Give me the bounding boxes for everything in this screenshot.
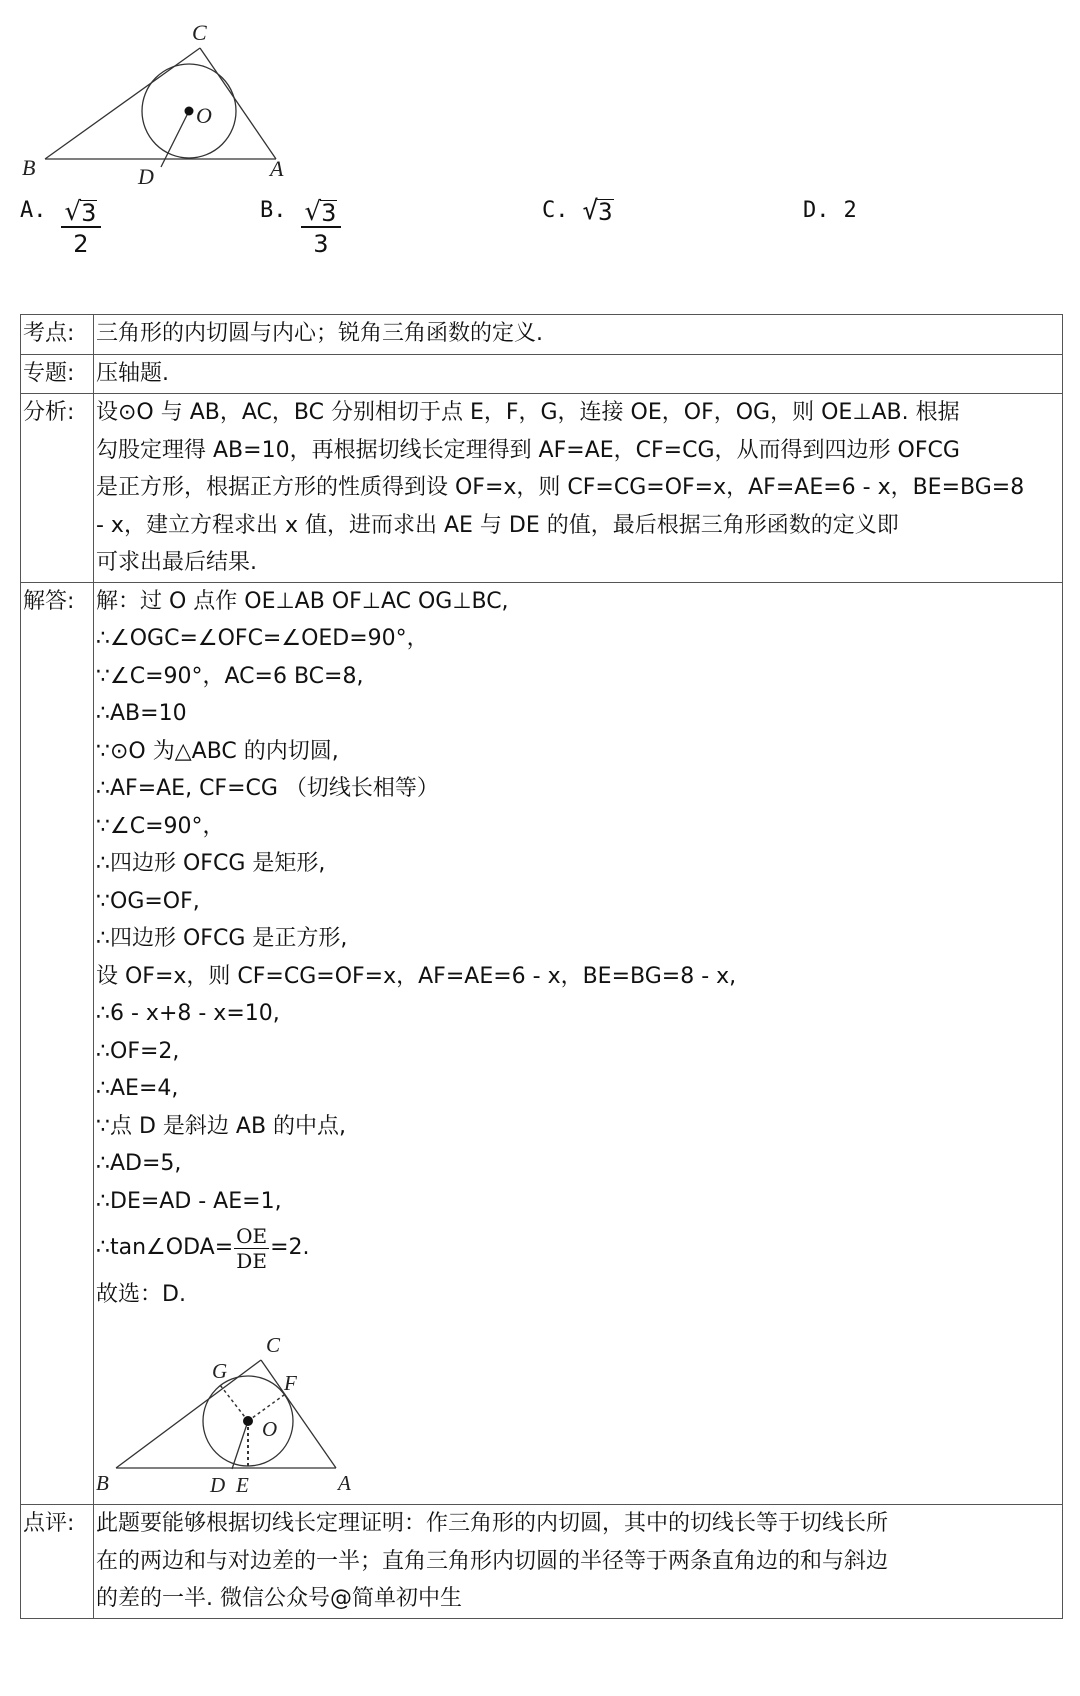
label-fenxi: 分析: (21, 394, 94, 583)
row-zhuanti: 专题: 压轴题. (21, 355, 1063, 394)
jieda-line: ∵∠C=90°， (96, 808, 1060, 846)
segment-og (220, 1385, 248, 1421)
triangle-incircle-figure: C O B D A (14, 10, 304, 185)
jieda-line: ∵⊙O 为△ABC 的内切圆, (96, 733, 1060, 771)
label-a: A (336, 1471, 351, 1492)
tan-numerator: OE (234, 1224, 269, 1249)
option-b[interactable]: B. √3 3 (260, 198, 341, 258)
label-zhuanti: 专题: (21, 355, 94, 394)
label-b: B (96, 1471, 109, 1492)
jieda-line: ∴四边形 OFCG 是正方形, (96, 920, 1060, 958)
option-c[interactable]: C. √3 (542, 198, 614, 224)
conclusion: 故选：D. (96, 1276, 1060, 1314)
row-fenxi: 分析: 设⊙O 与 AB，AC，BC 分别相切于点 E，F，G，连接 OE，OF… (21, 394, 1063, 583)
segment-od (232, 1421, 248, 1469)
jieda-line: ∵点 D 是斜边 AB 的中点, (96, 1108, 1060, 1146)
row-dianping: 点评: 此题要能够根据切线长定理证明：作三角形的内切圆，其中的切线长等于切线长所… (21, 1505, 1063, 1619)
option-d-label: D. (803, 198, 830, 224)
row-kaodian: 考点: 三角形的内切圆与内心；锐角三角函数的定义. (21, 315, 1063, 355)
tan-fraction: OE DE (234, 1224, 269, 1273)
label-o: O (196, 103, 212, 128)
jieda-line: ∴DE=AD - AE=1, (96, 1183, 1060, 1221)
content-fenxi: 设⊙O 与 AB，AC，BC 分别相切于点 E，F，G，连接 OE，OF，OG，… (94, 394, 1063, 583)
content-zhuanti: 压轴题. (94, 355, 1063, 394)
fenxi-line: - x，建立方程求出 x 值，进而求出 AE 与 DE 的值，最后根据三角形函数… (96, 507, 1060, 545)
fenxi-line: 设⊙O 与 AB，AC，BC 分别相切于点 E，F，G，连接 OE，OF，OG，… (96, 394, 1060, 432)
side-ca (261, 1360, 336, 1468)
jieda-line: 解：过 O 点作 OE⊥AB OF⊥AC OG⊥BC, (96, 583, 1060, 621)
fenxi-line: 可求出最后结果. (96, 544, 1060, 582)
jieda-line: ∵∠C=90°，AC=6 BC=8, (96, 658, 1060, 696)
content-jieda: 解：过 O 点作 OE⊥AB OF⊥AC OG⊥BC, ∴∠OGC=∠OFC=∠… (94, 582, 1063, 1505)
jieda-line: 设 OF=x，则 CF=CG=OF=x，AF=AE=6 - x，BE=BG=8 … (96, 958, 1060, 996)
label-jieda: 解答: (21, 582, 94, 1505)
fenxi-line: 是正方形，根据正方形的性质得到设 OF=x，则 CF=CG=OF=x，AF=AE… (96, 469, 1060, 507)
row-jieda: 解答: 解：过 O 点作 OE⊥AB OF⊥AC OG⊥BC, ∴∠OGC=∠O… (21, 582, 1063, 1505)
tan-suffix: =2. (270, 1229, 309, 1267)
jieda-line: ∴OF=2, (96, 1033, 1060, 1071)
analysis-table: 考点: 三角形的内切圆与内心；锐角三角函数的定义. 专题: 压轴题. 分析: 设… (20, 314, 1063, 1619)
content-dianping: 此题要能够根据切线长定理证明：作三角形的内切圆，其中的切线长等于切线长所 在的两… (94, 1505, 1063, 1619)
option-d[interactable]: D. 2 (803, 198, 857, 224)
option-c-sqrt: √3 (583, 198, 614, 224)
jieda-line: ∴∠OGC=∠OFC=∠OED=90°， (96, 620, 1060, 658)
jieda-line: ∴6 - x+8 - x=10, (96, 995, 1060, 1033)
jieda-line: ∴四边形 OFCG 是矩形, (96, 845, 1060, 883)
jieda-line: ∴AE=4, (96, 1070, 1060, 1108)
option-a-fraction: √3 2 (61, 198, 102, 258)
label-a: A (268, 156, 284, 181)
label-f: F (283, 1371, 297, 1395)
dianping-line: 此题要能够根据切线长定理证明：作三角形的内切圆，其中的切线长等于切线长所 (96, 1505, 1060, 1543)
label-o: O (262, 1417, 277, 1441)
jieda-line: ∴AF=AE, CF=CG （切线长相等） (96, 770, 1060, 808)
option-a[interactable]: A. √3 2 (20, 198, 101, 258)
label-kaodian: 考点: (21, 315, 94, 355)
tan-equation: ∴tan∠ODA= OE DE =2. (96, 1220, 1060, 1276)
content-kaodian: 三角形的内切圆与内心；锐角三角函数的定义. (94, 315, 1063, 355)
tan-prefix: ∴tan∠ODA= (96, 1229, 233, 1267)
option-a-label: A. (20, 198, 47, 224)
label-g: G (212, 1359, 227, 1383)
option-b-fraction: √3 3 (301, 198, 342, 258)
side-bc (45, 48, 200, 159)
dianping-line: 在的两边和与对边差的一半；直角三角形内切圆的半径等于两条直角边的和与斜边 (96, 1543, 1060, 1581)
center-point-o (185, 107, 194, 116)
center-point-o (243, 1416, 253, 1426)
jieda-line: ∵OG=OF, (96, 883, 1060, 921)
dianping-line: 的差的一半. 微信公众号@简单初中生 (96, 1580, 1060, 1618)
label-dianping: 点评: (21, 1505, 94, 1619)
label-c: C (266, 1333, 281, 1357)
label-b: B (22, 155, 35, 180)
answer-options: A. √3 2 B. √3 3 C. √3 D. 2 (0, 198, 1080, 278)
option-b-label: B. (260, 198, 287, 224)
solution-figure: C G F O B D E A (96, 1322, 396, 1492)
fenxi-line: 勾股定理得 AB=10，再根据切线长定理得到 AF=AE，CF=CG，从而得到四… (96, 432, 1060, 470)
label-d: D (209, 1473, 225, 1492)
option-c-label: C. (542, 198, 569, 224)
jieda-line: ∴AD=5, (96, 1145, 1060, 1183)
jieda-line: ∴AB=10 (96, 695, 1060, 733)
label-d: D (137, 164, 154, 185)
label-e: E (235, 1473, 249, 1492)
option-d-value: 2 (844, 198, 857, 224)
tan-denominator: DE (236, 1249, 267, 1273)
label-c: C (192, 20, 207, 45)
